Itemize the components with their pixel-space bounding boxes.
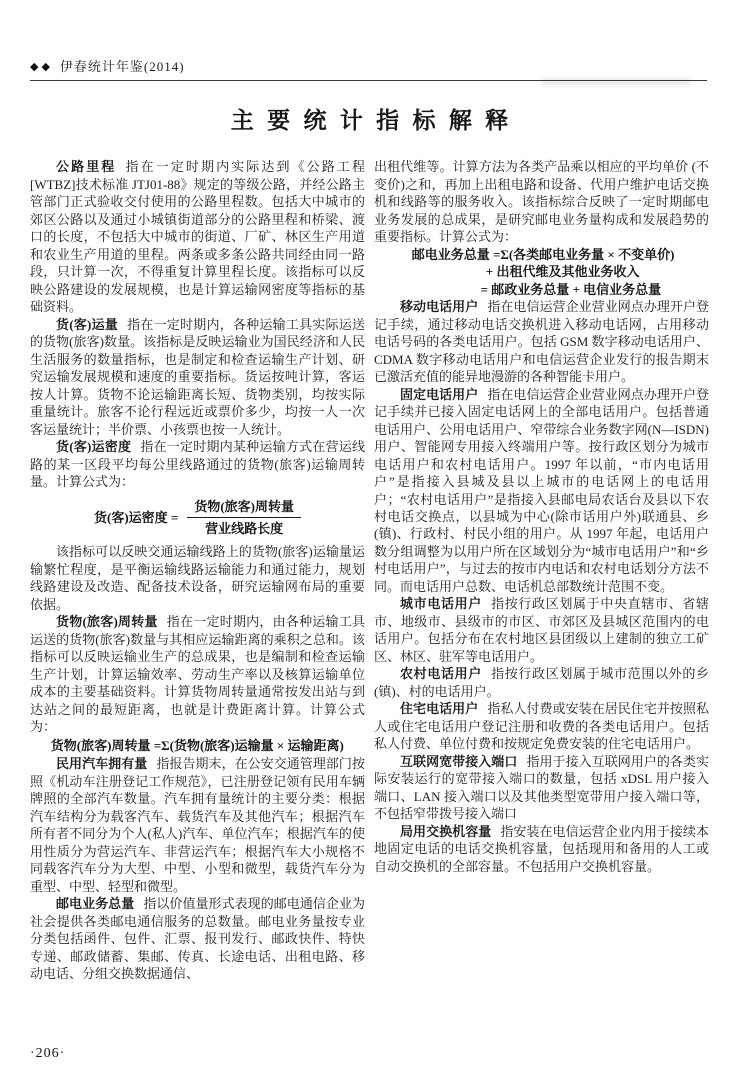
right-column: 出租代维等。计算方法为各类产品乘以相应的平均单价 (不变价)之和，再加上出租电路… bbox=[374, 158, 709, 982]
fraction-numerator: 货物(旅客)周转量 bbox=[187, 498, 301, 518]
paragraph-urban-phone-users: 城市电话用户指按行政区划属于中央直辖市、省辖市、地级市、县级市的市区、市郊区及县… bbox=[374, 595, 709, 665]
term-label: 公路里程 bbox=[56, 159, 116, 174]
term-label: 货物(旅客)周转量 bbox=[56, 614, 158, 629]
left-column: 公路里程指在一定时期内实际达到《公路工程[WTBZ]技术标准 JTJ01-88》… bbox=[30, 158, 365, 982]
term-label: 城市电话用户 bbox=[400, 596, 482, 611]
term-label: 局用交换机容量 bbox=[400, 824, 491, 839]
yearbook-page: ◆◆ 伊春统计年鉴(2014) 主要统计指标解释 公路里程指在一定时期内实际达到… bbox=[0, 0, 731, 1086]
paragraph-exchange-capacity: 局用交换机容量指安装在电信运营企业内用于接续本地固定电话的电话交换机容量，包括现… bbox=[374, 823, 709, 875]
paragraph-post-telecom-continuation: 出租代维等。计算方法为各类产品乘以相应的平均单价 (不变价)之和，再加上出租电路… bbox=[374, 158, 709, 245]
term-label: 固定电话用户 bbox=[400, 387, 478, 402]
term-label: 移动电话用户 bbox=[400, 299, 478, 314]
paragraph-text: 出租代维等。计算方法为各类产品乘以相应的平均单价 (不变价)之和，再加上出租电路… bbox=[374, 159, 709, 244]
paragraph-text: 指在电信运营企业营业网点办理开户登记手续并已接入固定电话网上的全部电话用户。包括… bbox=[374, 387, 709, 594]
page-title: 主要统计指标解释 bbox=[30, 102, 709, 135]
diamond-icon: ◆◆ bbox=[30, 61, 53, 73]
paragraph-text: 指在一定时期内，由各种运输工具运送的货物(旅客)数量与其相应运输距离的乘积之总和… bbox=[30, 614, 365, 734]
paragraph-traffic-density: 货(客)运密度指在一定时期内某种运输方式在营运线路的某一区段平均每公里线路通过的… bbox=[30, 438, 365, 490]
paragraph-mobile-phone-users: 移动电话用户指在电信运营企业营业网点办理开户登记手续，通过移动电话交换机进入移动… bbox=[374, 298, 709, 385]
scan-artifact bbox=[541, 78, 691, 86]
two-column-body: 公路里程指在一定时期内实际达到《公路工程[WTBZ]技术标准 JTJ01-88》… bbox=[30, 158, 709, 982]
post-telecom-formula-line3: = 邮政业务总量 + 电信业务总量 bbox=[374, 281, 709, 298]
post-telecom-formula-line2: + 出租代维及其他业务收入 bbox=[374, 263, 709, 280]
term-label: 货(客)运密度 bbox=[56, 439, 131, 454]
term-label: 邮电业务总量 bbox=[56, 896, 134, 911]
fraction-denominator: 营业线路长度 bbox=[187, 518, 301, 537]
density-formula: 货(客)运密度 = 货物(旅客)周转量 营业线路长度 bbox=[30, 498, 365, 538]
paragraph-civil-vehicles: 民用汽车拥有量指报告期末，在公安交通管理部门按照《机动车注册登记工作规范》，已注… bbox=[30, 755, 365, 895]
header-rule bbox=[30, 80, 707, 81]
term-label: 互联网宽带接入端口 bbox=[400, 754, 517, 769]
post-telecom-formula-line1: 邮电业务总量 =Σ(各类邮电业务量 × 不变单价) bbox=[374, 246, 709, 263]
paragraph-residential-phone-users: 住宅电话用户指私人付费或安装在居民住宅并按照私人或住宅电话用户登记注册和收费的各… bbox=[374, 700, 709, 752]
term-label: 民用汽车拥有量 bbox=[56, 756, 147, 771]
page-number: ·206· bbox=[30, 1046, 65, 1062]
paragraph-highway-mileage: 公路里程指在一定时期内实际达到《公路工程[WTBZ]技术标准 JTJ01-88》… bbox=[30, 158, 365, 315]
paragraph-density-explanation: 该指标可以反映交通运输线路上的货物(旅客)运输量运输繁忙程度，是平衡运输线路运输… bbox=[30, 543, 365, 613]
turnover-formula: 货物(旅客)周转量 =Σ(货物(旅客)运输量 × 运输距离) bbox=[30, 737, 365, 754]
paragraph-rural-phone-users: 农村电话用户指按行政区划属于城市范围以外的乡(镇)、村的电话用户。 bbox=[374, 665, 709, 700]
paragraph-fixed-phone-users: 固定电话用户指在电信运营企业营业网点办理开户登记手续并已接入固定电话网上的全部电… bbox=[374, 386, 709, 596]
paragraph-post-telecom-volume: 邮电业务总量指以价值量形式表现的邮电通信企业为社会提供各类邮电通信服务的总数量。… bbox=[30, 895, 365, 982]
paragraph-text: 指在一定时期内，各种运输工具实际运送的货物(旅客)数量。该指标是反映运输业为国民… bbox=[30, 317, 365, 437]
running-header-text: 伊春统计年鉴(2014) bbox=[60, 60, 185, 74]
term-label: 货(客)运量 bbox=[56, 317, 118, 332]
paragraph-broadband-ports: 互联网宽带接入端口指用于接入互联网用户的各类实际安装运行的宽带接入端口的数量，包… bbox=[374, 753, 709, 823]
term-label: 农村电话用户 bbox=[400, 666, 482, 681]
paragraph-freight-passenger-volume: 货(客)运量指在一定时期内，各种运输工具实际运送的货物(旅客)数量。该指标是反映… bbox=[30, 316, 365, 438]
fraction: 货物(旅客)周转量 营业线路长度 bbox=[187, 498, 301, 538]
paragraph-text: 指报告期末，在公安交通管理部门按照《机动车注册登记工作规范》，已注册登记领有民用… bbox=[30, 756, 365, 893]
term-label: 住宅电话用户 bbox=[400, 701, 478, 716]
paragraph-text: 该指标可以反映交通运输线路上的货物(旅客)运输量运输繁忙程度，是平衡运输线路运输… bbox=[30, 544, 365, 611]
formula-lhs: 货(客)运密度 = bbox=[94, 509, 178, 526]
running-header: ◆◆ 伊春统计年鉴(2014) bbox=[30, 60, 709, 74]
paragraph-turnover-volume: 货物(旅客)周转量指在一定时期内，由各种运输工具运送的货物(旅客)数量与其相应运… bbox=[30, 613, 365, 735]
paragraph-text: 指在一定时期内实际达到《公路工程[WTBZ]技术标准 JTJ01-88》规定的等… bbox=[30, 159, 365, 314]
